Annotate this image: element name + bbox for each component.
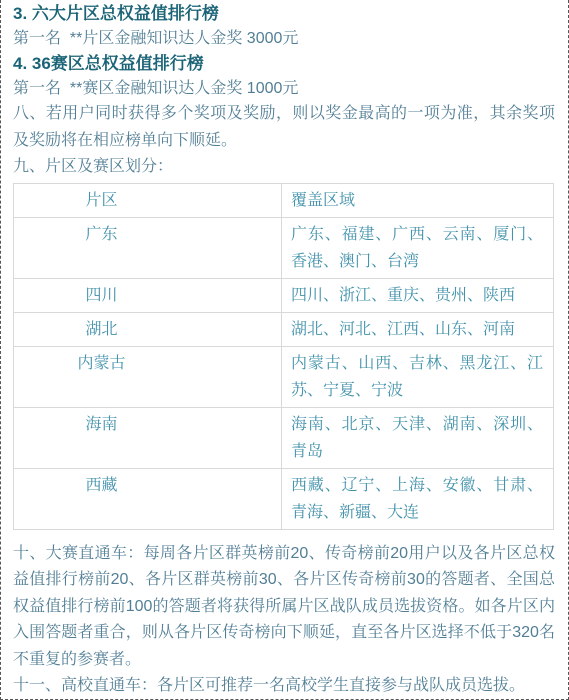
coverage-cell: 内蒙古、山西、吉林、黑龙江、江苏、宁夏、宁波: [282, 346, 554, 407]
region-division-table: 片区 覆盖区域 广东广东、福建、广西、云南、厦门、香港、澳门、台湾四川四川、浙江…: [13, 183, 554, 530]
region-cell: 广东: [14, 217, 282, 278]
region-cell: 西藏: [14, 468, 282, 529]
table-row: 内蒙古内蒙古、山西、吉林、黑龙江、江苏、宁夏、宁波: [14, 346, 554, 407]
region-cell: 四川: [14, 278, 282, 312]
clause-8-text: 八、若用户同时获得多个奖项及奖励，则以奖金最高的一项为准，其余奖项及奖励将在相应…: [13, 101, 555, 154]
table-row: 广东广东、福建、广西、云南、厦门、香港、澳门、台湾: [14, 217, 554, 278]
coverage-cell: 广东、福建、广西、云南、厦门、香港、澳门、台湾: [282, 217, 554, 278]
clause-9-text: 九、片区及赛区划分：: [13, 154, 555, 181]
region-cell: 湖北: [14, 312, 282, 346]
table-header-row: 片区 覆盖区域: [14, 183, 554, 217]
prize-line-district: 第一名 **片区金融知识达人金奖 3000元: [13, 26, 555, 51]
coverage-cell: 四川、浙江、重庆、贵州、陕西: [282, 278, 554, 312]
table-header-region: 片区: [14, 183, 282, 217]
table-row: 四川四川、浙江、重庆、贵州、陕西: [14, 278, 554, 312]
coverage-cell: 海南、北京、天津、湖南、深圳、青岛: [282, 407, 554, 468]
region-cell: 内蒙古: [14, 346, 282, 407]
table-row: 湖北湖北、河北、江西、山东、河南: [14, 312, 554, 346]
table-row: 海南海南、北京、天津、湖南、深圳、青岛: [14, 407, 554, 468]
coverage-cell: 西藏、辽宁、上海、安徽、甘肃、青海、新疆、大连: [282, 468, 554, 529]
table-row: 西藏西藏、辽宁、上海、安徽、甘肃、青海、新疆、大连: [14, 468, 554, 529]
prize-line-zone: 第一名 **赛区金融知识达人金奖 1000元: [13, 76, 555, 101]
clause-11-text: 十一、高校直通车：各片区可推荐一名高校学生直接参与战队成员选拔。: [13, 673, 555, 700]
document-page: 3. 六大片区总权益值排行榜 第一名 **片区金融知识达人金奖 3000元 4.…: [0, 0, 569, 700]
clause-10-text: 十、大赛直通车：每周各片区群英榜前20、传奇榜前20用户以及各片区总权益值排行榜…: [13, 541, 555, 674]
ranking-heading-district: 3. 六大片区总权益值排行榜: [13, 1, 555, 26]
coverage-cell: 湖北、河北、江西、山东、河南: [282, 312, 554, 346]
region-table-head: 片区 覆盖区域: [14, 183, 554, 217]
region-table-body: 广东广东、福建、广西、云南、厦门、香港、澳门、台湾四川四川、浙江、重庆、贵州、陕…: [14, 217, 554, 529]
region-cell: 海南: [14, 407, 282, 468]
ranking-heading-zone: 4. 36赛区总权益值排行榜: [13, 51, 555, 76]
table-header-coverage: 覆盖区域: [282, 183, 554, 217]
